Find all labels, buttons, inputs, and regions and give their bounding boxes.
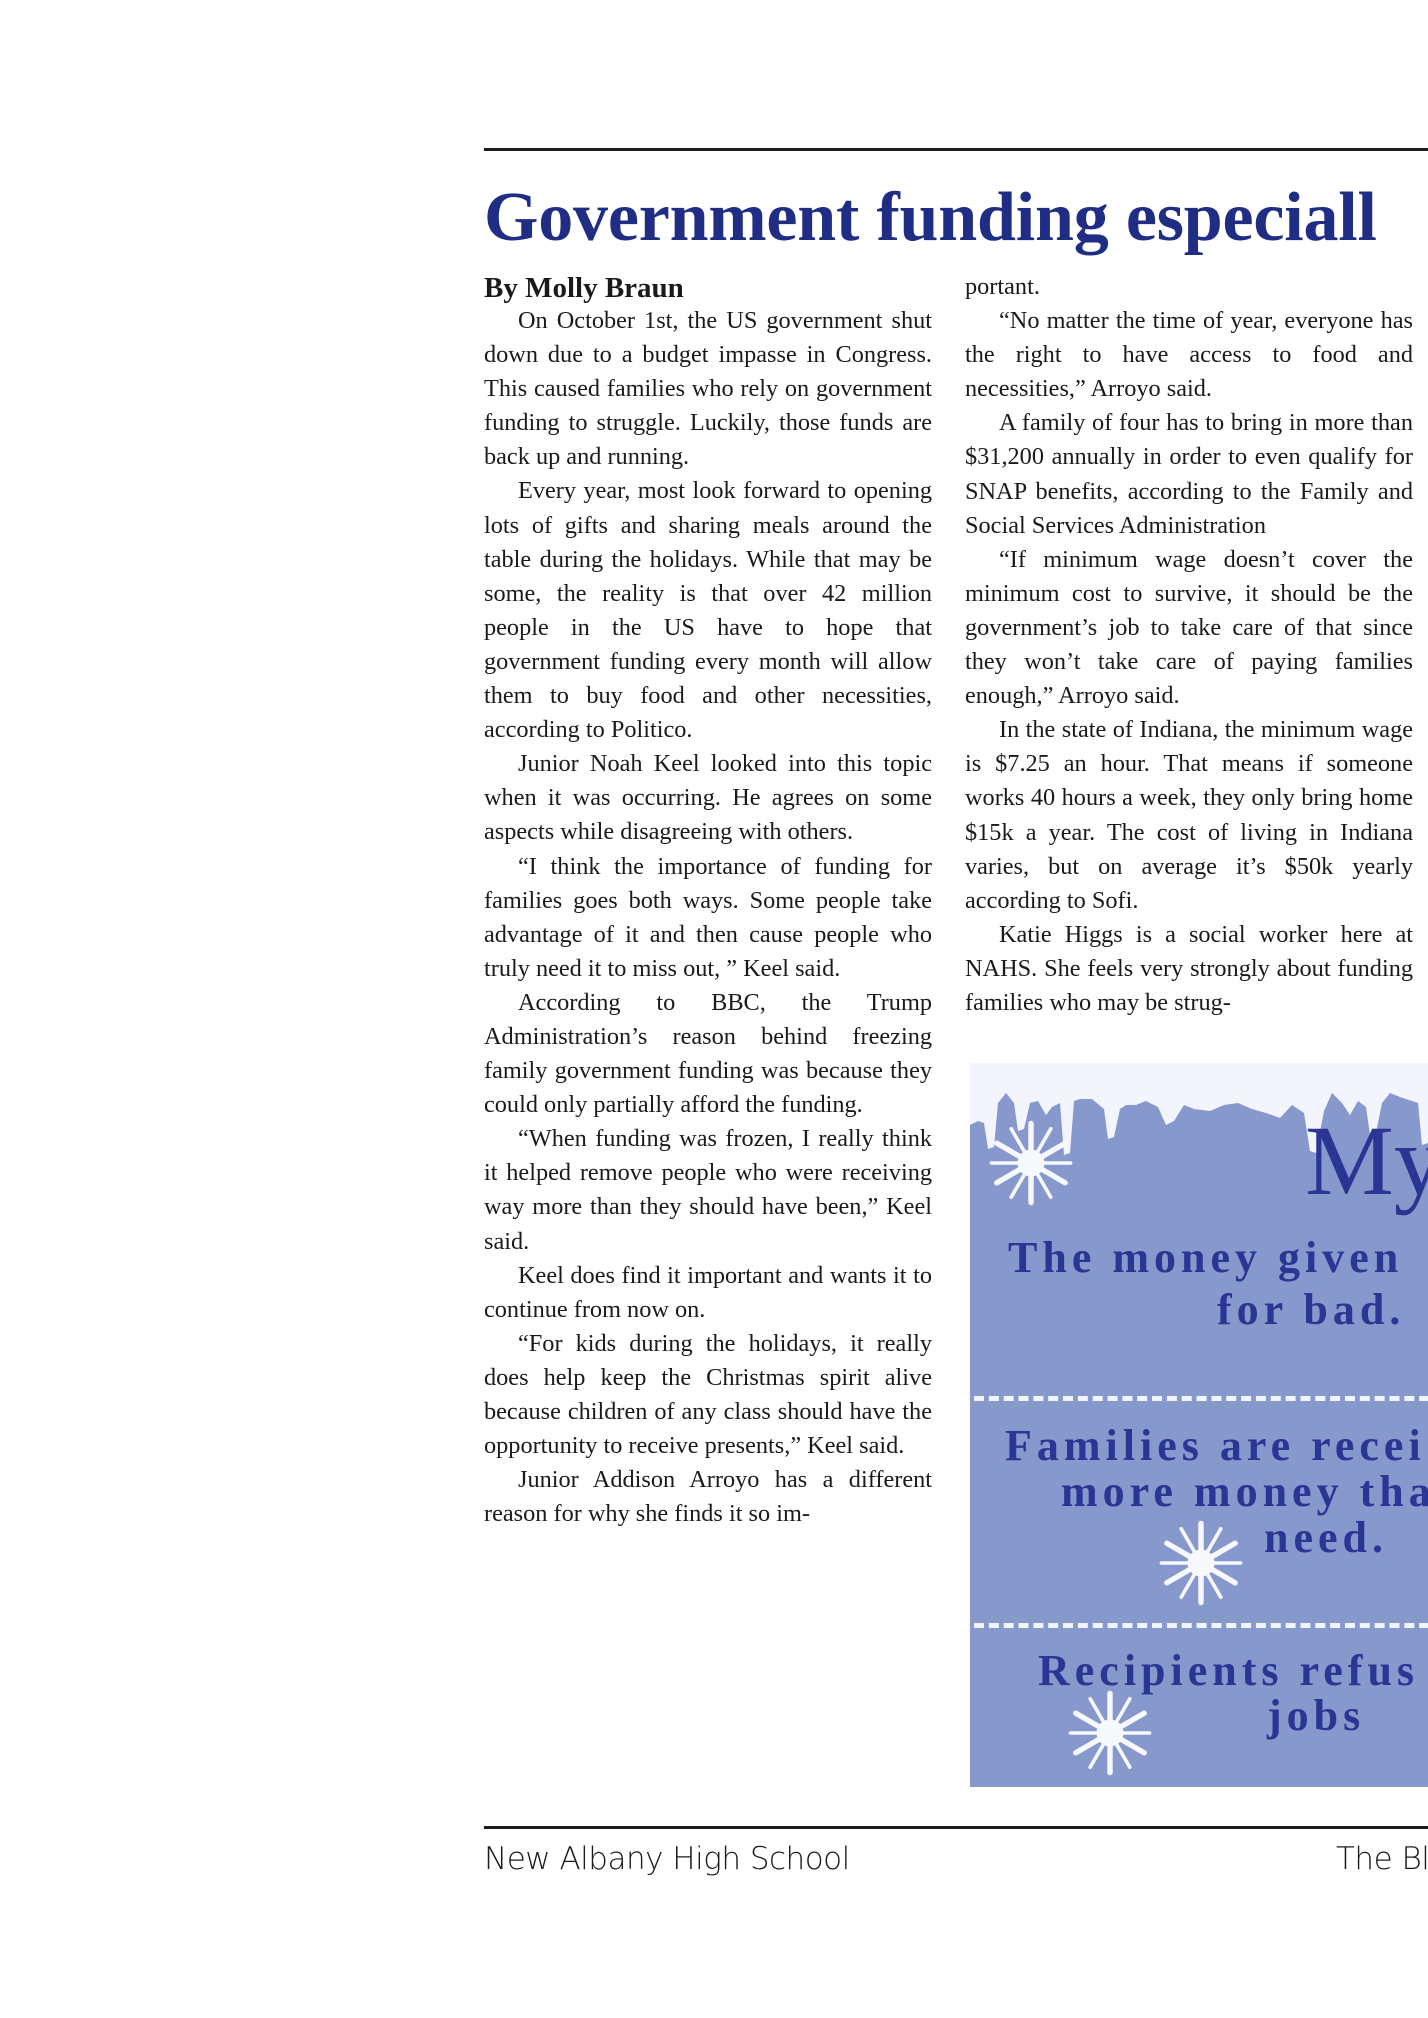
dashed-divider (974, 1623, 1428, 1628)
myths-infographic: My The money given for bad. Families are… (970, 1063, 1428, 1787)
myth-1-line-2: for bad. (1217, 1287, 1405, 1333)
snowflake-icon (1065, 1688, 1155, 1778)
paragraph-continuation: portant. (965, 270, 1413, 304)
paragraph: “For kids during the holidays, it really… (484, 1327, 932, 1463)
paragraph: Keel does find it important and wants it… (484, 1259, 932, 1327)
top-rule (484, 148, 1428, 151)
snowflake-icon (1156, 1518, 1246, 1608)
paragraph: “If minimum wage doesn’t cover the minim… (965, 543, 1413, 713)
paragraph: A family of four has to bring in more th… (965, 406, 1413, 542)
bottom-rule (484, 1826, 1428, 1829)
paragraph: “When funding was frozen, I really think… (484, 1122, 932, 1258)
paragraph: On October 1st, the US government shut d… (484, 304, 932, 474)
dashed-divider (974, 1396, 1428, 1401)
myth-3-line-2: jobs (1267, 1693, 1365, 1739)
paragraph: Every year, most look forward to opening… (484, 474, 932, 747)
paragraph: Junior Addison Arroyo has a different re… (484, 1463, 932, 1531)
myth-2-line-1: Families are recei (1005, 1423, 1426, 1469)
paragraph: In the state of Indiana, the minimum wag… (965, 713, 1413, 918)
myth-2-line-3: need. (1264, 1515, 1388, 1561)
article-column-2: portant. “No matter the time of year, ev… (965, 270, 1413, 1020)
footer-school-name: New Albany High School (484, 1840, 850, 1878)
myth-1-line-1: The money given (1008, 1235, 1403, 1281)
byline: By Molly Braun (484, 270, 932, 306)
headline: Government funding especiall (484, 178, 1377, 258)
paragraph: According to BBC, the Trump Administrati… (484, 986, 932, 1122)
footer-publication-name: The Bl (1336, 1840, 1428, 1878)
myth-2-line-2: more money tha (1061, 1469, 1428, 1515)
paragraph: “I think the importance of funding for f… (484, 850, 932, 986)
article-column-1: By Molly Braun On October 1st, the US go… (484, 270, 932, 1531)
paragraph: Junior Noah Keel looked into this topic … (484, 747, 932, 849)
paragraph: Katie Higgs is a social worker here at N… (965, 918, 1413, 1020)
paragraph: “No matter the time of year, everyone ha… (965, 304, 1413, 406)
infographic-title: My (1305, 1111, 1428, 1211)
snowflake-icon (986, 1118, 1076, 1208)
